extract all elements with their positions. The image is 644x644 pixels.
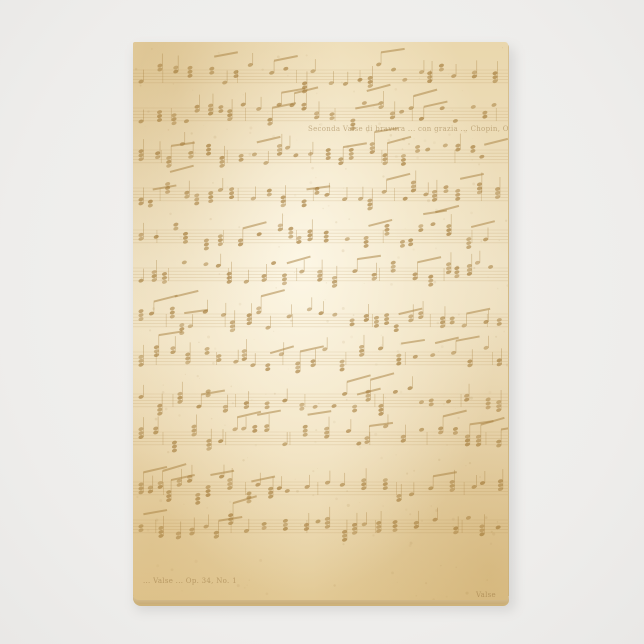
notepad-top-sheet: Seconda Valse di bravura ... con grazia … — [133, 42, 508, 600]
music-caption-top: Seconda Valse di bravura ... con grazia … — [308, 125, 508, 133]
music-page-marker: Valse — [476, 591, 496, 599]
music-caption-bottom: ... Valse ... Op. 34, No. 1 — [143, 577, 237, 585]
